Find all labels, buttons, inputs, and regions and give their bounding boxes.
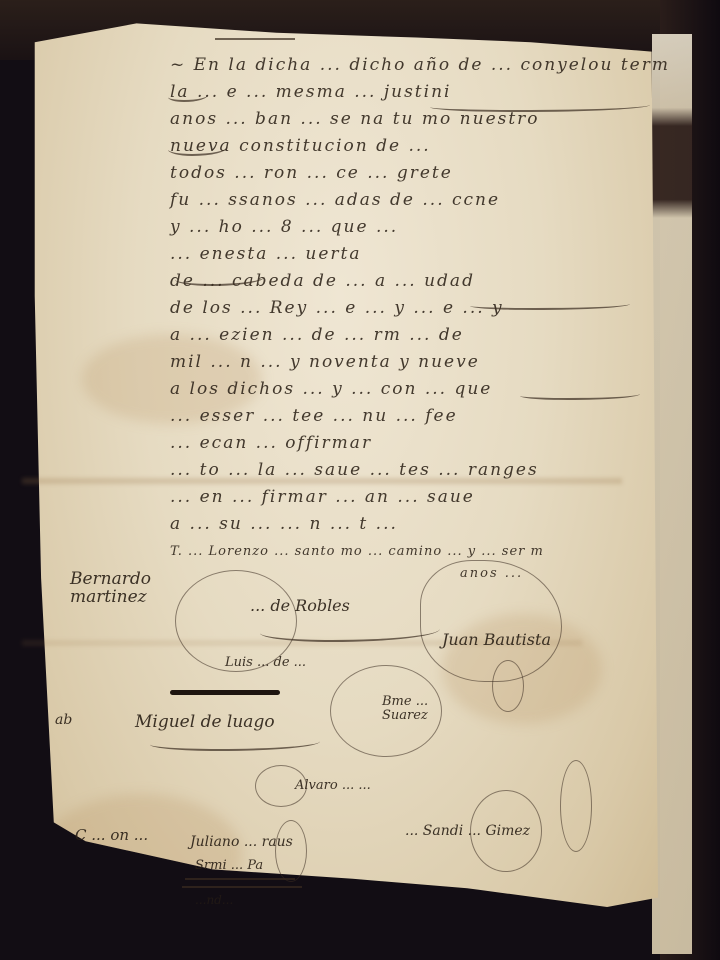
- signature-rubric: [560, 760, 592, 852]
- manuscript-line: ... en ... firmar ... an ... saue: [170, 484, 660, 511]
- signature-luis: Luis ... de ...: [225, 655, 306, 670]
- signature-srmi: Srmi ... Pa: [195, 858, 263, 873]
- manuscript-line: ... ecan ... offirmar: [170, 430, 660, 457]
- signature-underline: [185, 876, 295, 880]
- manuscript-line: todos ... ron ... ce ... grete: [170, 160, 660, 187]
- signature-rubric: [492, 660, 524, 712]
- manuscript-line: a ... ezien ... de ... rm ... de: [170, 322, 660, 349]
- manuscript-line: a ... su ... ... n ... t ...: [170, 511, 660, 538]
- signature-bernardo: Bernardo martinez: [70, 570, 160, 606]
- signature-rubric: [470, 790, 542, 872]
- manuscript-line: ... to ... la ... saue ... tes ... range…: [170, 457, 660, 484]
- manuscript-line: nueva constitucion de ...: [170, 133, 660, 160]
- manuscript-line: fu ... ssanos ... adas de ... ccne: [170, 187, 660, 214]
- signature-rubric: [275, 820, 307, 882]
- signature-rubric: [330, 665, 442, 757]
- signature-miguel: Miguel de luago: [135, 712, 275, 732]
- manuscript-line: ... enesta ... uerta: [170, 241, 660, 268]
- manuscript-line: T. ... Lorenzo ... santo mo ... camino .…: [170, 538, 660, 565]
- manuscript-line: y ... ho ... 8 ... que ...: [170, 214, 660, 241]
- manuscript-line: mil ... n ... y noventa y nueve: [170, 349, 660, 376]
- top-rule: [215, 36, 295, 40]
- signature-c-on: C ... on ...: [75, 826, 148, 844]
- manuscript-line: ... esser ... tee ... nu ... fee: [170, 403, 660, 430]
- signature-underline: [182, 884, 302, 888]
- manuscript-line: ~ En la dicha ... dicho año de ... conye…: [170, 52, 660, 79]
- signature-initials-ab: ab: [55, 712, 72, 728]
- signature-rubric: [255, 765, 307, 807]
- signature-underline: [170, 690, 280, 695]
- signature-faint: ...nd...: [195, 893, 233, 907]
- manuscript-body: ~ En la dicha ... dicho año de ... conye…: [170, 52, 660, 583]
